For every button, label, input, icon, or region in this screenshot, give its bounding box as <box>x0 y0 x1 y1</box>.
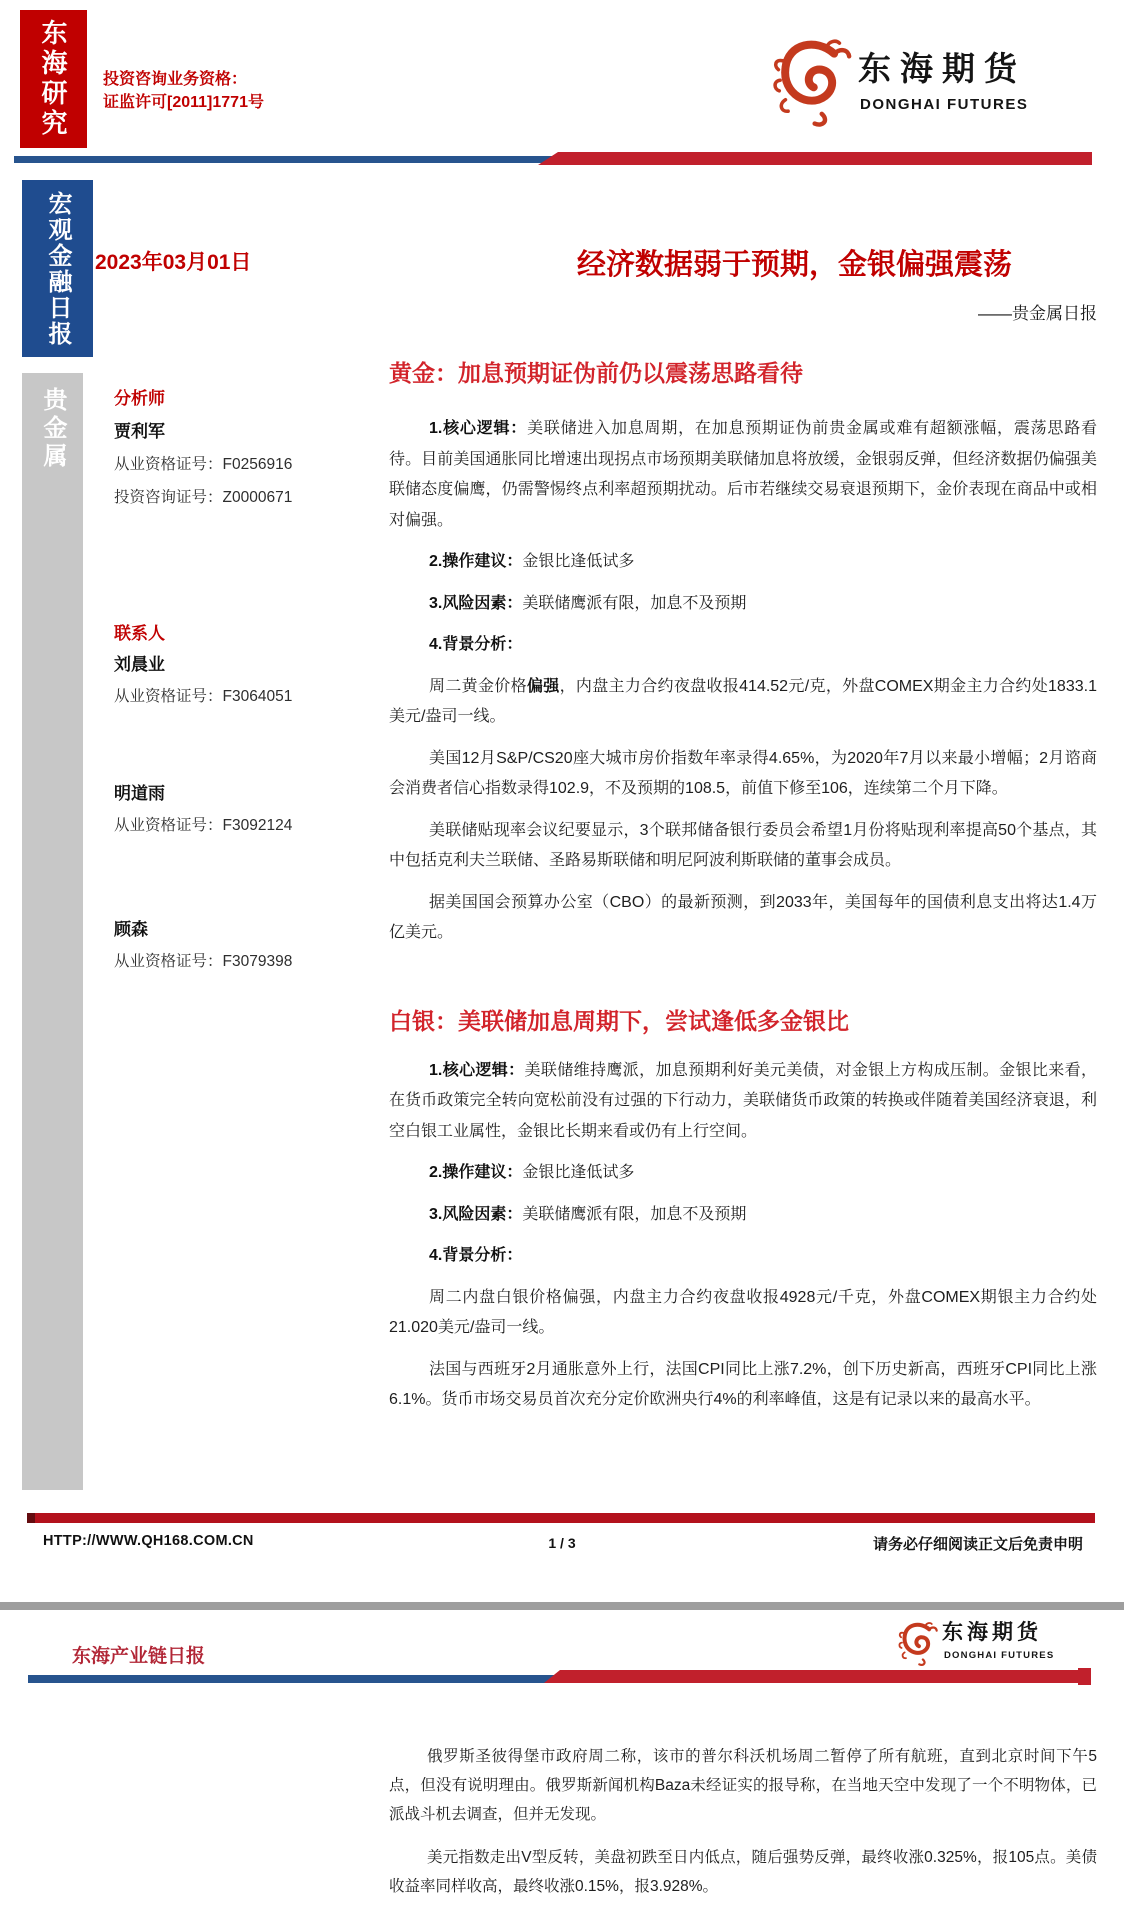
contact-cert-3: 从业资格证号：F3079398 <box>114 949 292 971</box>
license-block: 投资咨询业务资格： 证监许可[2011]1771号 <box>103 68 264 114</box>
contact-label: 联系人 <box>114 619 165 644</box>
page2-divider-endcap <box>1078 1668 1091 1685</box>
logo-cn-text: 东海期货 <box>858 52 1026 86</box>
gold-background-paragraph-1: 周二黄金价格偏强，内盘主力合约夜盘收报414.52元/克，外盘COMEX期金主力… <box>389 672 1097 733</box>
gold-point-3-label: 3.风险因素： <box>429 595 522 612</box>
silver-point-background: 4.背景分析： <box>389 1241 1097 1272</box>
logo-en-text: DONGHAI FUTURES <box>860 96 1028 113</box>
category-tab-precious-metals: 贵金属 <box>22 373 83 1490</box>
footer-divider-bar <box>27 1513 1095 1523</box>
silver-point-3-text: 美联储鹰派有限，加息不及预期 <box>522 1206 746 1223</box>
silver-point-2-text: 金银比逢低试多 <box>522 1164 634 1181</box>
footer-divider-bar-tip <box>27 1513 35 1523</box>
page2-body: 俄罗斯圣彼得堡市政府周二称，该市的普尔科沃机场周二暂停了所有航班，直到北京时间下… <box>389 1742 1097 1915</box>
gold-bg1-pre: 周二黄金价格 <box>429 678 527 695</box>
license-line1: 投资咨询业务资格： <box>103 68 264 91</box>
page2-paragraph-1: 俄罗斯圣彼得堡市政府周二称，该市的普尔科沃机场周二暂停了所有航班，直到北京时间下… <box>389 1742 1097 1829</box>
silver-point-2-label: 2.操作建议： <box>429 1164 522 1181</box>
analyst-name: 贾利军 <box>114 417 165 442</box>
brand-vertical-label: 东海研究 <box>35 19 72 139</box>
header-divider-blue <box>14 156 554 163</box>
header-divider-red <box>538 152 1092 165</box>
dragon-logo-icon <box>772 36 852 128</box>
contact-name-2: 明道雨 <box>114 779 165 804</box>
license-line2: 证监许可[2011]1771号 <box>103 91 264 114</box>
silver-point-advice: 2.操作建议：金银比逢低试多 <box>389 1158 1097 1189</box>
contact-cert-1: 从业资格证号：F3064051 <box>114 684 292 706</box>
category-tab-label: 宏观金融日报 <box>40 191 75 347</box>
footer-disclaimer: 请务必仔细阅读正文后免责申明 <box>873 1533 1083 1554</box>
gold-point-core-logic: 1.核心逻辑：美联储进入加息周期，在加息预期证伪前贵金属或难有超额涨幅，震荡思路… <box>389 414 1097 536</box>
gold-background-paragraph-2: 美国12月S&P/CS20座大城市房价指数年率录得4.65%，为2020年7月以… <box>389 744 1097 805</box>
silver-point-1-label: 1.核心逻辑： <box>429 1062 525 1079</box>
brand-research-box: 东海研究 <box>20 10 87 148</box>
gold-point-risk: 3.风险因素：美联储鹰派有限，加息不及预期 <box>389 589 1097 620</box>
contact-name-3: 顾森 <box>114 915 148 940</box>
report-title: 经济数据弱于预期，金银偏强震荡 <box>577 242 1012 283</box>
gold-section-heading: 黄金：加息预期证伪前仍以震荡思路看待 <box>389 358 1097 388</box>
report-date: 2023年03月01日 <box>95 246 251 276</box>
report-body: 黄金：加息预期证伪前仍以震荡思路看待 1.核心逻辑：美联储进入加息周期，在加息预… <box>389 358 1097 1427</box>
gold-bg1-bold: 偏强 <box>527 678 560 695</box>
report-subtitle: ——贵金属日报 <box>978 299 1097 324</box>
silver-point-risk: 3.风险因素：美联储鹰派有限，加息不及预期 <box>389 1200 1097 1231</box>
gold-point-2-label: 2.操作建议： <box>429 553 522 570</box>
gold-point-2-text: 金银比逢低试多 <box>522 553 634 570</box>
analyst-label: 分析师 <box>114 384 165 409</box>
silver-point-4-label: 4.背景分析： <box>429 1247 522 1264</box>
page2-logo-en-text: DONGHAI FUTURES <box>944 1650 1054 1661</box>
silver-point-core-logic: 1.核心逻辑：美联储维持鹰派，加息预期利好美元美债，对金银上方构成压制。金银比来… <box>389 1056 1097 1148</box>
analyst-cert-2: 投资咨询证号：Z0000671 <box>114 485 292 507</box>
gold-point-advice: 2.操作建议：金银比逢低试多 <box>389 547 1097 578</box>
page2-header-title: 东海产业链日报 <box>72 1641 205 1668</box>
gold-point-background: 4.背景分析： <box>389 630 1097 661</box>
page2-dragon-logo-icon <box>898 1620 938 1667</box>
gold-point-1-label: 1.核心逻辑： <box>429 420 527 437</box>
silver-point-3-label: 3.风险因素： <box>429 1206 522 1223</box>
research-report-document: { "colors": { "brand_red": "#c00000", "n… <box>0 0 1124 1925</box>
page2-divider-blue <box>28 1675 558 1683</box>
contact-name-1: 刘晨业 <box>114 650 165 675</box>
gold-background-paragraph-4: 据美国国会预算办公室（CBO）的最新预测，到2033年，美国每年的国债利息支出将… <box>389 888 1097 949</box>
contact-cert-2: 从业资格证号：F3092124 <box>114 813 292 835</box>
page2-divider-red <box>544 1670 1078 1683</box>
gold-background-paragraph-3: 美联储贴现率会议纪要显示，3个联邦储备银行委员会希望1月份将贴现利率提高50个基… <box>389 816 1097 877</box>
page2-paragraph-2: 美元指数走出V型反转，美盘初跌至日内低点，随后强势反弹，最终收涨0.325%，报… <box>389 1843 1097 1901</box>
analyst-cert-1: 从业资格证号：F0256916 <box>114 452 292 474</box>
category-tab-macro-finance-daily: 宏观金融日报 <box>22 180 93 357</box>
gold-point-4-label: 4.背景分析： <box>429 636 522 653</box>
category-tab-gray-label: 贵金属 <box>35 387 70 1490</box>
page2-logo-cn-text: 东海期货 <box>942 1622 1042 1644</box>
silver-background-paragraph-1: 周二内盘白银价格偏强，内盘主力合约夜盘收报4928元/千克，外盘COMEX期银主… <box>389 1283 1097 1344</box>
page-separator-bar <box>0 1602 1124 1610</box>
silver-section-heading: 白银：美联储加息周期下，尝试逢低多金银比 <box>389 1006 1097 1036</box>
gold-point-3-text: 美联储鹰派有限，加息不及预期 <box>522 595 746 612</box>
silver-background-paragraph-2: 法国与西班牙2月通胀意外上行，法国CPI同比上涨7.2%，创下历史新高，西班牙C… <box>389 1355 1097 1416</box>
